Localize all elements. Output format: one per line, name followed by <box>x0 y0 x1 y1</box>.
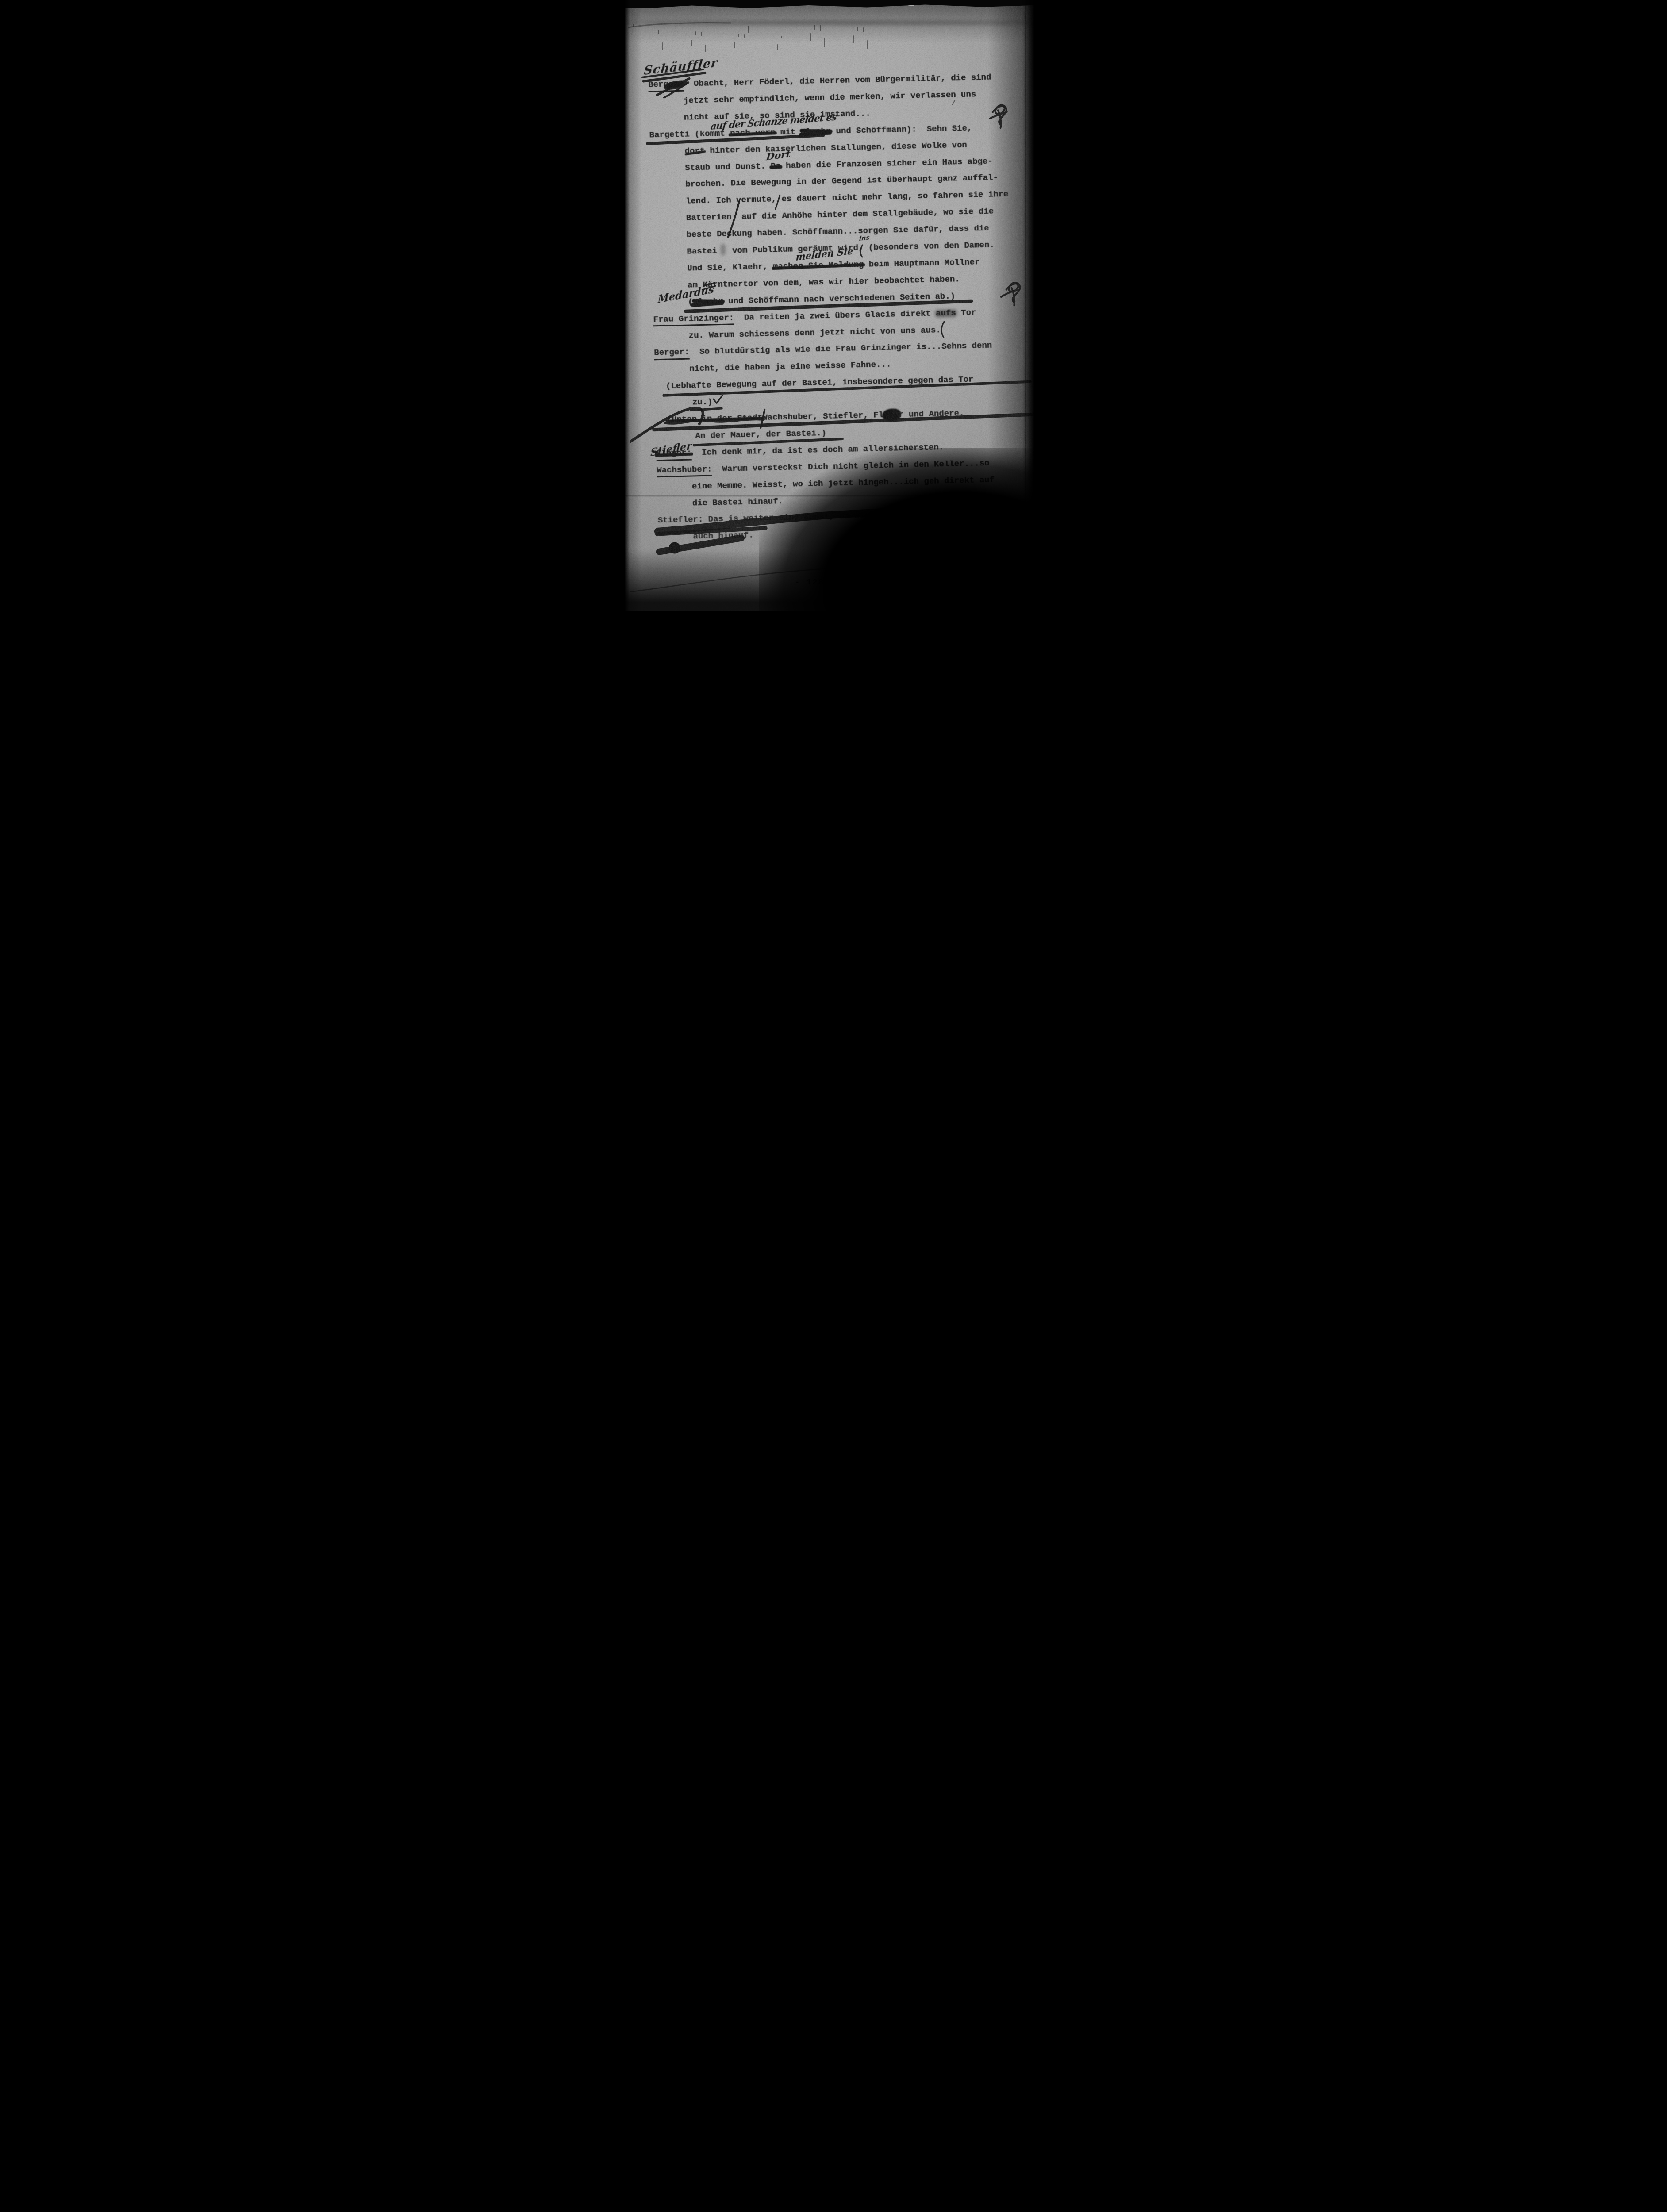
script-line: eine Memme. Weisst, wo ich jetzt hingeh.… <box>692 475 995 492</box>
speaker-name: Bargetti <box>649 129 695 141</box>
typed-text: (besonders von den Damen. <box>868 240 995 253</box>
typed-text <box>684 79 694 89</box>
speaker-name: Wachshuber: <box>657 464 712 477</box>
speaker-name: Stiefler: Das is weiter eine Kunst, da s… <box>657 508 995 526</box>
typed-text: r und Andere. <box>899 408 964 420</box>
typed-text: nicht, die haben ja eine weisse Fahne... <box>689 360 891 375</box>
typed-text: (Unten in der Stadt <box>667 413 763 425</box>
typed-text: am Kärntnertor von dem, was wir hier beo… <box>688 274 960 291</box>
script-line: jetzt sehr empfindlich, wenn die merken,… <box>684 89 976 106</box>
typed-text: aufs <box>936 308 956 319</box>
typed-text: zu. Warum schiessens denn jetzt nicht vo… <box>688 325 941 341</box>
script-line: zu.) <box>692 397 713 408</box>
typed-text: Da reiten ja zwei übers Glacis direkt <box>734 308 936 323</box>
handwritten-note-insert-ins: ins <box>859 234 870 242</box>
handwritten-note-name-top-left: Schäuffler <box>643 56 718 78</box>
script-line: dort hinter den kaiserlichen Stallungen,… <box>684 140 967 157</box>
speaker-name: Berger: <box>654 347 689 360</box>
margin-monogram-icon <box>1001 283 1020 306</box>
typed-text: hinter den kaiserlichen Stallungen, dies… <box>705 140 967 156</box>
typed-text: Batterien auf die Anhöhe hinter dem Stal… <box>686 207 994 224</box>
script-line: Wachshuber: Warum versteckst Dich nicht … <box>657 458 990 478</box>
script-line: Staub und Dunst. Da haben die Franzosen … <box>685 156 993 173</box>
script-line: auch hinauf. <box>693 530 753 542</box>
typed-text: auch hinauf. <box>693 530 753 542</box>
typed-text: lend. Ich vermute, es dauert nicht mehr … <box>686 189 1009 207</box>
typed-text: beim Hauptmann Mollner <box>864 257 980 270</box>
margin-monogram-icon <box>990 105 1007 128</box>
typed-text: Obacht, Herr Föderl, die Herren vom Bürg… <box>694 73 991 89</box>
typed-text: beste Deckung haben. Schöffmann...sorgen… <box>686 223 989 241</box>
typed-text: (Lebhafte Bewegung auf der Bastei, insbe… <box>666 375 974 392</box>
script-line: lend. Ich vermute, es dauert nicht mehr … <box>686 189 1009 207</box>
typed-text: Da <box>771 161 781 171</box>
typed-text: An der Mauer, der Bastei.) <box>695 428 826 442</box>
typed-text: und Schöffmann): Sehn Sie, <box>831 123 972 137</box>
typed-text: Ich denk mir, da ist es doch am allersic… <box>691 442 944 458</box>
typed-text: Tor <box>956 307 976 319</box>
typed-text: zu.) <box>692 397 713 408</box>
script-line: Batterien auf die Anhöhe hinter dem Stal… <box>686 207 994 224</box>
script-line: die Bastei hinauf. <box>692 496 784 509</box>
typed-text: brochen. Die Bewegung in der Gegend ist … <box>685 173 998 190</box>
speaker-name: Frau Grinzinger: <box>653 313 734 327</box>
typed-text: machen Sie Meldung <box>773 260 864 272</box>
script-line: Stiefler: Das is weiter eine Kunst, da s… <box>657 508 995 526</box>
typed-text: Wachshuber, Stiefler, Fl <box>762 410 883 423</box>
speaker-name: Berger: <box>648 79 684 92</box>
script-line: am Kärntnertor von dem, was wir hier beo… <box>688 274 960 291</box>
script-line: nicht, die haben ja eine weisse Fahne... <box>689 360 891 375</box>
script-line: Berger: So blutdürstig als wie die Frau … <box>654 341 992 360</box>
typed-text: öge <box>883 410 899 420</box>
typed-text: Warum versteckst Dich nicht gleich in de… <box>712 458 989 475</box>
typed-text: So blutdürstig als wie die Frau Grinzing… <box>689 341 992 358</box>
script-line: Und Sie, Klaehr, machen Sie Meldung beim… <box>687 257 980 274</box>
script-line: An der Mauer, der Bastei.) <box>695 428 826 442</box>
typed-text: Klaehr <box>800 126 831 137</box>
typed-text: Staub und Dunst. <box>685 161 771 173</box>
script-line: Bargetti (kommt nach vorn mit Klaehr und… <box>649 123 972 141</box>
script-line: beste Deckung haben. Schöffmann...sorgen… <box>686 223 989 241</box>
page-number: - 128 - <box>795 577 836 587</box>
script-line: (Lebhafte Bewegung auf der Bastei, insbe… <box>666 375 974 392</box>
scanned-document-photo: Berger: Obacht, Herr Föderl, die Herren … <box>625 0 1042 611</box>
script-line: Flöger: Ich denk mir, da ist es doch am … <box>656 442 944 461</box>
script-line: (Unten in der StadtWachshuber, Stiefler,… <box>667 408 964 425</box>
typed-text: Und Sie, Klaehr, <box>687 261 773 274</box>
typed-text <box>717 246 733 256</box>
script-line: Berger: Obacht, Herr Föderl, die Herren … <box>648 73 991 92</box>
typed-text: und Schöffmann nach verschiedenen Seiten… <box>723 291 956 307</box>
typed-text: die Bastei hinauf. <box>692 496 784 509</box>
typed-text: jetzt sehr empfindlich, wenn die merken,… <box>684 89 976 106</box>
typed-text: mit <box>775 127 801 138</box>
script-line: brochen. Die Bewegung in der Gegend ist … <box>685 173 998 190</box>
page-content: Berger: Obacht, Herr Föderl, die Herren … <box>625 0 1042 611</box>
script-line: Frau Grinzinger: Da reiten ja zwei übers… <box>653 307 976 327</box>
typed-text: haben die Franzosen sicher ein Haus abge… <box>781 156 993 171</box>
typed-text: Bastei <box>687 246 717 257</box>
script-line: (Klaehr und Schöffmann nach verschiedene… <box>688 291 956 307</box>
typed-text: eine Memme. Weisst, wo ich jetzt hingeh.… <box>692 475 995 492</box>
typed-text: dort <box>684 146 705 157</box>
script-line: zu. Warum schiessens denn jetzt nicht vo… <box>688 325 941 341</box>
